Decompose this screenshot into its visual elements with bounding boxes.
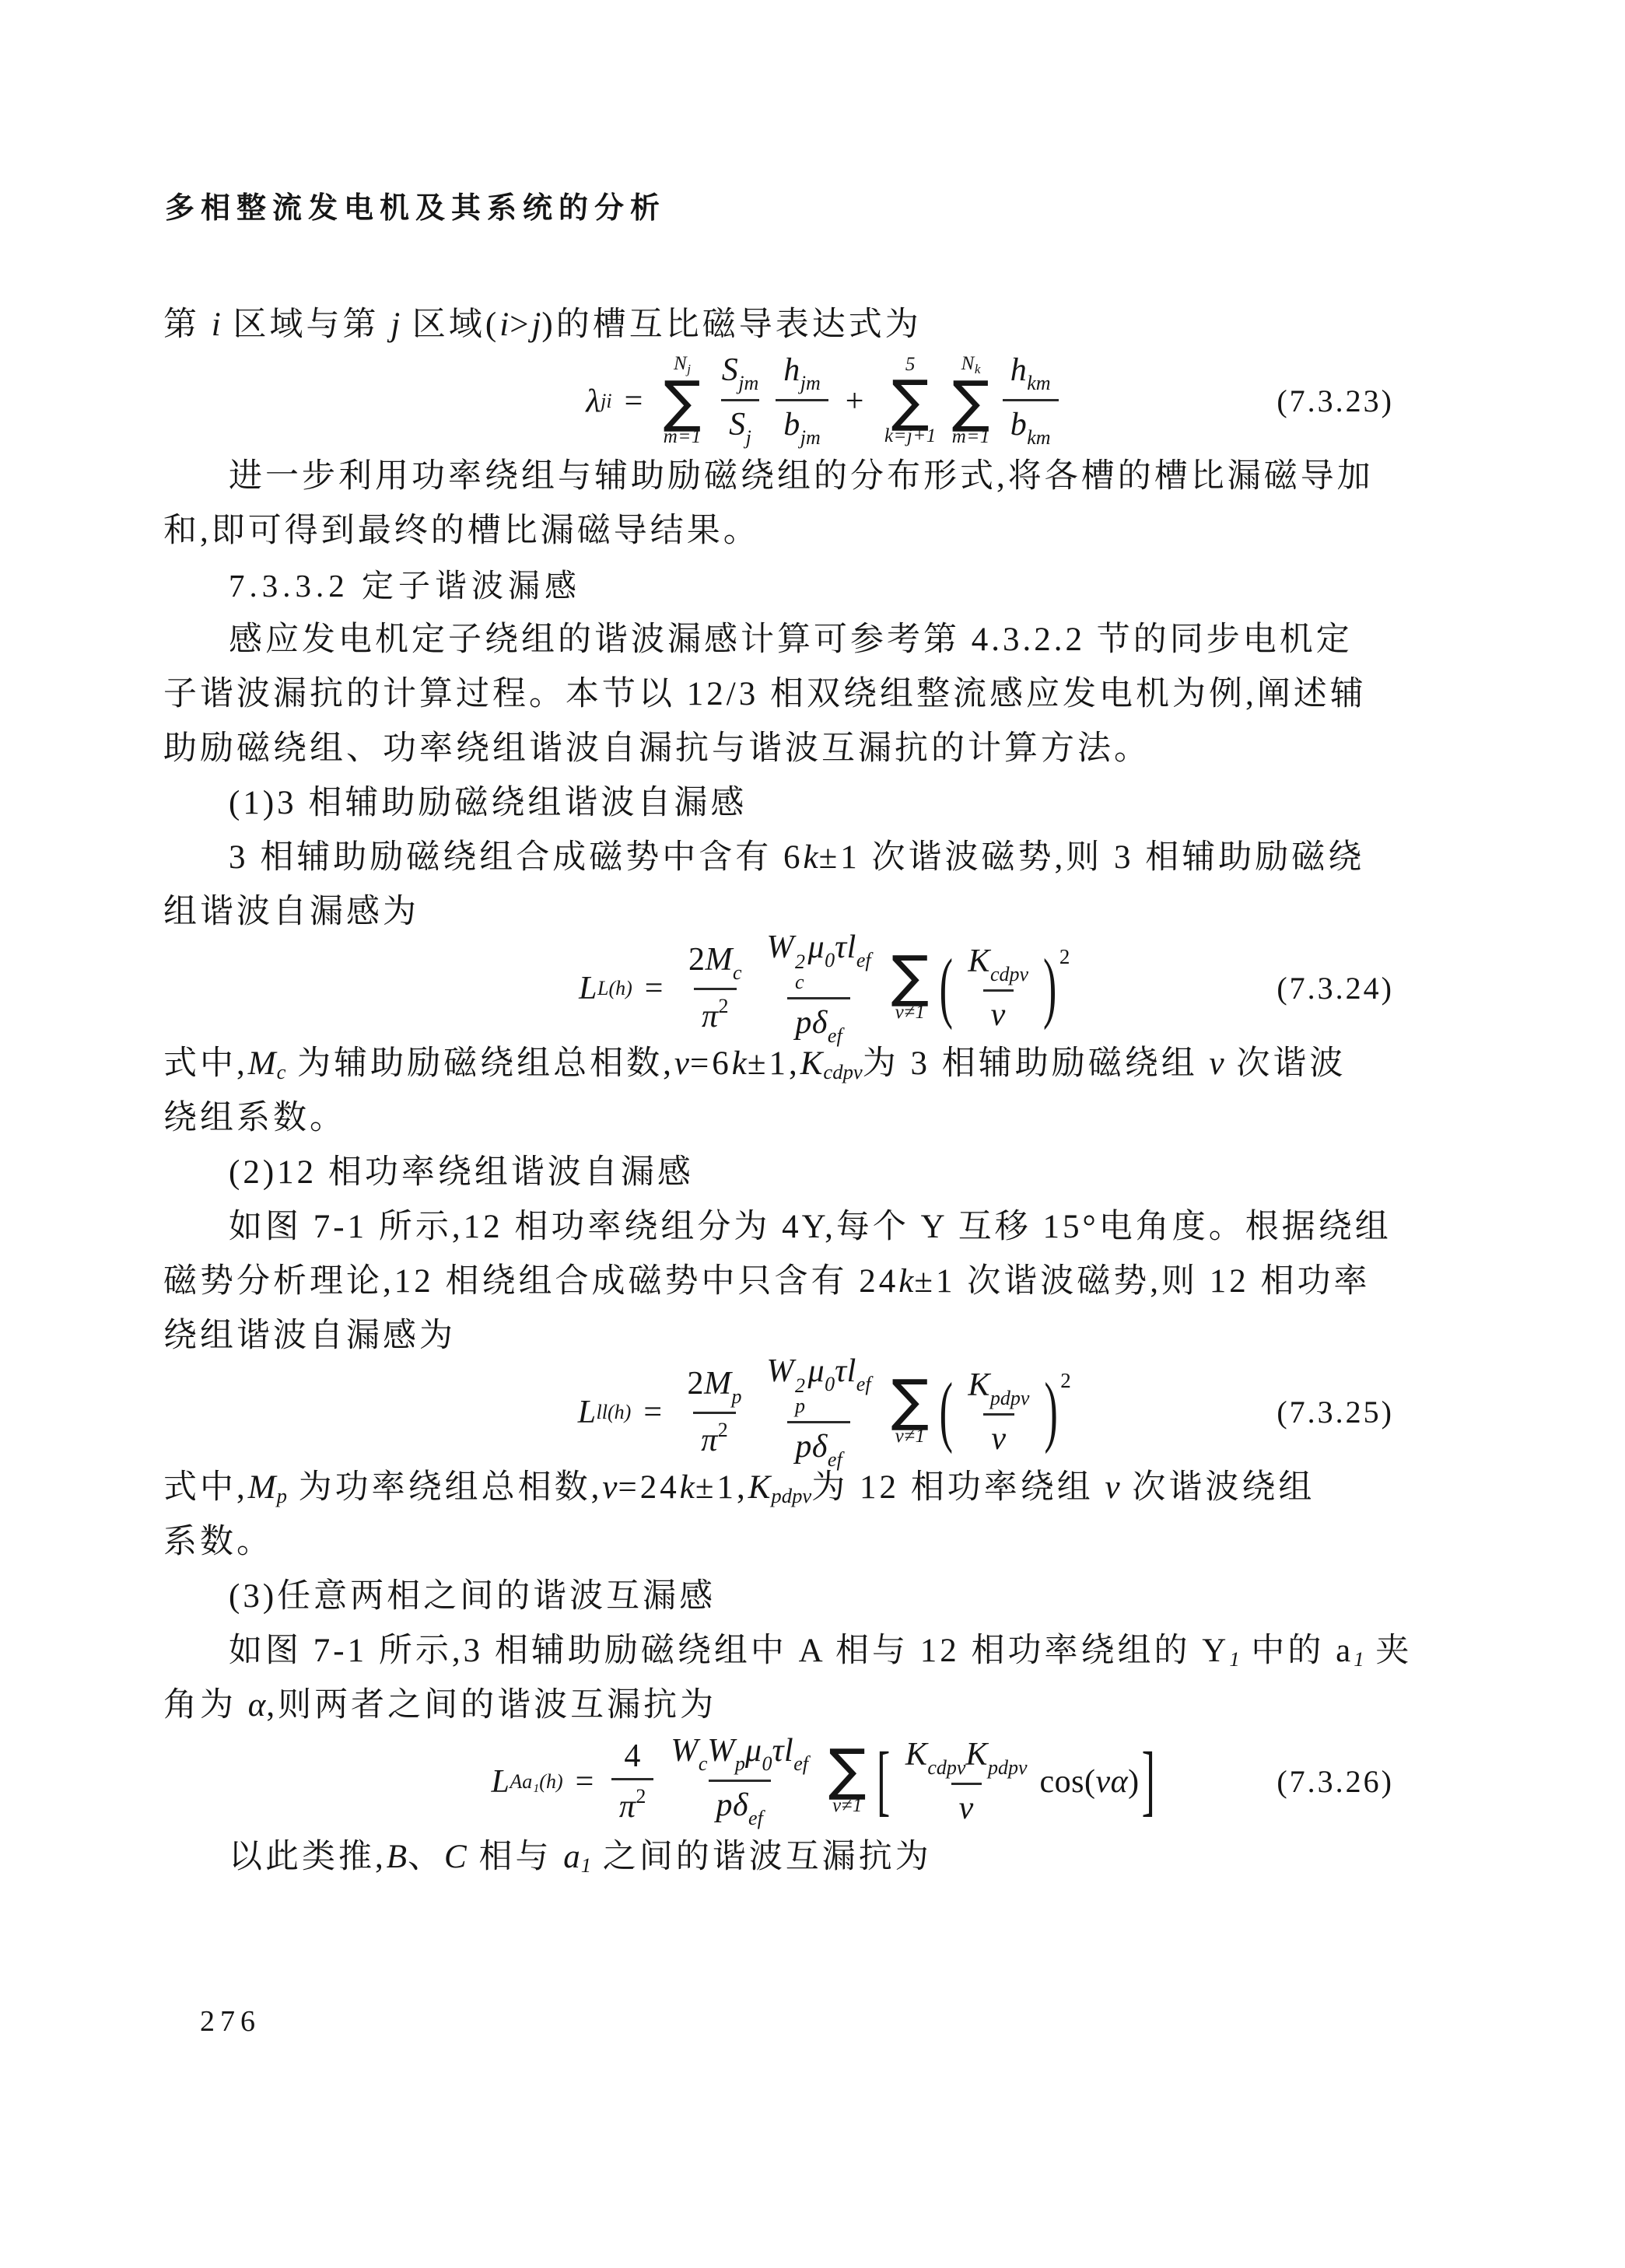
equals-sign: = [625, 383, 643, 420]
equation-7-3-24: LL(h) = 2Mc π2 W2cμ0τlef pδef ∑ v≠1 ( Kc… [163, 940, 1486, 1037]
right-paren: ) [1044, 1367, 1058, 1457]
paragraph-line: 和,即可得到最终的槽比漏磁导结果。 [163, 504, 1486, 558]
summation: ∑ v≠1 [828, 1745, 867, 1817]
fraction: Kcdpv v [960, 943, 1036, 1034]
cos-function: cos( [1039, 1763, 1095, 1801]
equation-7-3-23: λji = Nj ∑ m=1 Sjm Sj hjm bjm + 5 ∑ k=j+… [163, 352, 1486, 450]
equation-number: (7.3.24) [1277, 970, 1394, 1006]
summation: 5 ∑ k=j+1 [884, 354, 937, 448]
sigma-symbol: ∑ [828, 1745, 867, 1794]
equation-number: (7.3.23) [1277, 383, 1394, 419]
fraction: hkm bkm [1003, 352, 1059, 449]
fraction: 4 π2 [611, 1738, 654, 1825]
paragraph-line: 磁势分析理论,12 相绕组合成磁势中只含有 24k±1 次谐波磁势,则 12 相… [163, 1255, 1486, 1309]
paragraph-line: 如图 7-1 所示,3 相辅助励磁绕组中 A 相与 12 相功率绕组的 Y1 中… [163, 1624, 1486, 1678]
paragraph-line: 3 相辅助励磁绕组合成磁势中含有 6k±1 次谐波磁势,则 3 相辅助励磁绕 [163, 831, 1486, 885]
list-item-heading: (2)12 相功率绕组谐波自漏感 [163, 1146, 1486, 1200]
exponent: 2 [1059, 945, 1070, 969]
fraction: W2cμ0τlef pδef [759, 929, 879, 1048]
paragraph-line: 感应发电机定子绕组的谐波漏感计算可参考第 4.3.2.2 节的同步电机定 [163, 613, 1486, 667]
equation-number: (7.3.25) [1277, 1394, 1394, 1430]
list-item-heading: (3)任意两相之间的谐波互漏感 [163, 1570, 1486, 1624]
sigma-symbol: ∑ [891, 376, 930, 425]
paragraph-line: 进一步利用功率绕组与辅助励磁绕组的分布形式,将各槽的槽比漏磁导加 [163, 450, 1486, 504]
fraction: KcdpvKpdpv v [898, 1737, 1035, 1827]
fraction: WcWpμ0τlef pδef [663, 1733, 816, 1829]
fraction: 2Mp π2 [680, 1366, 750, 1459]
book-page: 多相整流发电机及其系统的分析 第 i 区域与第 j 区域(i>j)的槽互比磁导表… [0, 0, 1625, 2268]
page-body: 第 i 区域与第 j 区域(i>j)的槽互比磁导表达式为 λji = Nj ∑ … [163, 298, 1486, 1885]
plus-sign: + [846, 383, 864, 420]
lambda-symbol: λ [586, 383, 601, 420]
equals-sign: = [643, 1394, 662, 1431]
equals-sign: = [576, 1763, 594, 1801]
fraction: 2Mc π2 [681, 942, 750, 1035]
page-number: 276 [200, 2004, 261, 2039]
equation-number: (7.3.26) [1277, 1763, 1394, 1800]
paragraph-line: 第 i 区域与第 j 区域(i>j)的槽互比磁导表达式为 [163, 298, 1486, 352]
running-header: 多相整流发电机及其系统的分析 [165, 184, 666, 226]
fraction: W2pμ0τlef pδef [759, 1353, 879, 1472]
sigma-symbol: ∑ [952, 377, 990, 426]
fraction: Kpdpv v [960, 1367, 1037, 1458]
sigma-symbol: ∑ [891, 1376, 930, 1425]
paragraph-line: 以此类推,B、C 相与 a1 之间的谐波互漏抗为 [163, 1830, 1486, 1885]
paragraph-line: 系数。 [163, 1515, 1486, 1570]
summation: Nj ∑ m=1 [664, 353, 702, 449]
paragraph-line: 助励磁绕组、功率绕组谐波自漏抗与谐波互漏抗的计算方法。 [163, 722, 1486, 776]
summation: Nk ∑ m=1 [952, 353, 990, 449]
fraction: hjm bjm [776, 352, 828, 449]
fraction: Sjm Sj [714, 352, 767, 449]
left-bracket: [ [877, 1737, 891, 1826]
summation: ∑ v≠1 [891, 1376, 930, 1447]
exponent: 2 [1060, 1369, 1071, 1393]
left-paren: ( [940, 1367, 954, 1457]
sigma-symbol: ∑ [891, 952, 930, 1001]
right-bracket: ] [1142, 1737, 1156, 1826]
left-paren: ( [940, 943, 954, 1033]
list-item-heading: (1)3 相辅助励磁绕组谐波自漏感 [163, 776, 1486, 831]
right-paren: ) [1043, 943, 1057, 1033]
sigma-symbol: ∑ [664, 377, 702, 426]
paragraph-line: 角为 α,则两者之间的谐波互漏抗为 [163, 1678, 1486, 1733]
equals-sign: = [645, 970, 664, 1007]
paragraph-line: 绕组系数。 [163, 1091, 1486, 1146]
summation: ∑ v≠1 [891, 952, 930, 1024]
section-heading: 7.3.3.2 定子谐波漏感 [163, 558, 1486, 613]
paragraph-line: 如图 7-1 所示,12 相功率绕组分为 4Y,每个 Y 互移 15°电角度。根… [163, 1200, 1486, 1255]
paragraph-line: 子谐波漏抗的计算过程。本节以 12/3 相双绕组整流感应发电机为例,阐述辅 [163, 667, 1486, 722]
equation-7-3-25: Lll(h) = 2Mp π2 W2pμ0τlef pδef ∑ v≠1 ( K… [163, 1363, 1486, 1461]
equation-7-3-26: LAa₁(h) = 4 π2 WcWpμ0τlef pδef ∑ v≠1 [ K… [163, 1733, 1486, 1830]
